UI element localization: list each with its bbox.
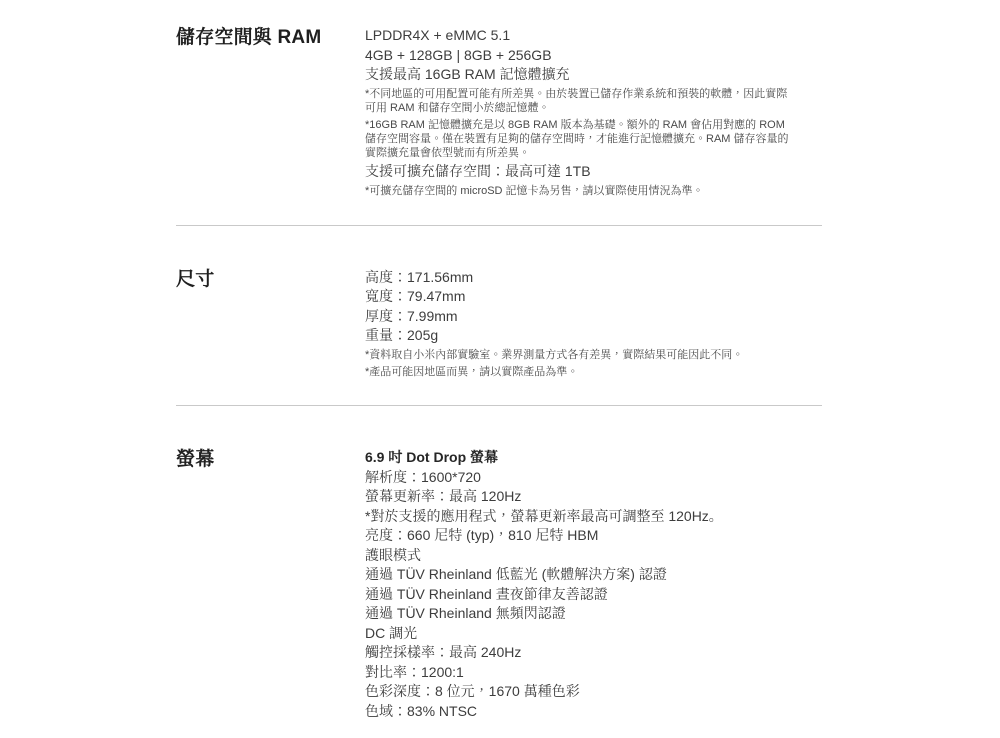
spec-line: 支援最高 16GB RAM 記憶體擴充	[365, 65, 822, 85]
footnote-line: *可擴充儲存空間的 microSD 記憶卡為另售，請以實際使用情況為準。	[365, 184, 798, 198]
section-content-dimensions: 高度：171.56mm 寬度：79.47mm 厚度：7.99mm 重量：205g…	[365, 268, 822, 382]
spec-line: 護眼模式	[365, 546, 822, 566]
footnote-line: *產品可能因地區而異，請以實際產品為準。	[365, 365, 798, 379]
spec-line: 亮度：660 尼特 (typ)，810 尼特 HBM	[365, 526, 822, 546]
spec-line: 厚度：7.99mm	[365, 307, 822, 327]
section-title-dimensions: 尺寸	[176, 268, 365, 293]
section-display: 螢幕 6.9 吋 Dot Drop 螢幕 解析度：1600*720 螢幕更新率：…	[176, 448, 822, 721]
section-divider	[176, 225, 822, 226]
section-content-storage-ram: LPDDR4X + eMMC 5.1 4GB + 128GB | 8GB + 2…	[365, 26, 822, 201]
section-title-display: 螢幕	[176, 448, 365, 473]
footnote-line: *資料取自小米內部實驗室。業界測量方式各有差異，實際結果可能因此不同。	[365, 348, 798, 362]
spec-line: 4GB + 128GB | 8GB + 256GB	[365, 46, 822, 66]
spec-line: *對於支援的應用程式，螢幕更新率最高可調整至 120Hz。	[365, 507, 822, 527]
spec-page: 儲存空間與 RAM LPDDR4X + eMMC 5.1 4GB + 128GB…	[0, 0, 822, 721]
spec-line: 色域：83% NTSC	[365, 702, 822, 722]
spec-line: 觸控採樣率：最高 240Hz	[365, 643, 822, 663]
spec-line: 高度：171.56mm	[365, 268, 822, 288]
section-divider	[176, 405, 822, 406]
spec-line: 重量：205g	[365, 326, 822, 346]
section-content-display: 6.9 吋 Dot Drop 螢幕 解析度：1600*720 螢幕更新率：最高 …	[365, 448, 822, 721]
spec-line: 支援可擴充儲存空間：最高可達 1TB	[365, 162, 822, 182]
spec-line: 通過 TÜV Rheinland 晝夜節律友善認證	[365, 585, 822, 605]
spec-line: 螢幕更新率：最高 120Hz	[365, 487, 822, 507]
footnote-line: *16GB RAM 記憶體擴充是以 8GB RAM 版本為基礎。額外的 RAM …	[365, 118, 798, 160]
spec-heading-line: 6.9 吋 Dot Drop 螢幕	[365, 448, 822, 468]
spec-line: 寬度：79.47mm	[365, 287, 822, 307]
section-dimensions: 尺寸 高度：171.56mm 寬度：79.47mm 厚度：7.99mm 重量：2…	[176, 268, 822, 382]
spec-line: 解析度：1600*720	[365, 468, 822, 488]
spec-line: LPDDR4X + eMMC 5.1	[365, 26, 822, 46]
spec-line: 通過 TÜV Rheinland 無頻閃認證	[365, 604, 822, 624]
spec-line: 對比率：1200:1	[365, 663, 822, 683]
section-storage-ram: 儲存空間與 RAM LPDDR4X + eMMC 5.1 4GB + 128GB…	[176, 26, 822, 201]
footnote-line: *不同地區的可用配置可能有所差異。由於裝置已儲存作業系統和預裝的軟體，因此實際可…	[365, 87, 798, 115]
spec-line: DC 調光	[365, 624, 822, 644]
section-title-storage-ram: 儲存空間與 RAM	[176, 26, 365, 51]
spec-line: 色彩深度：8 位元，1670 萬種色彩	[365, 682, 822, 702]
spec-line: 通過 TÜV Rheinland 低藍光 (軟體解決方案) 認證	[365, 565, 822, 585]
